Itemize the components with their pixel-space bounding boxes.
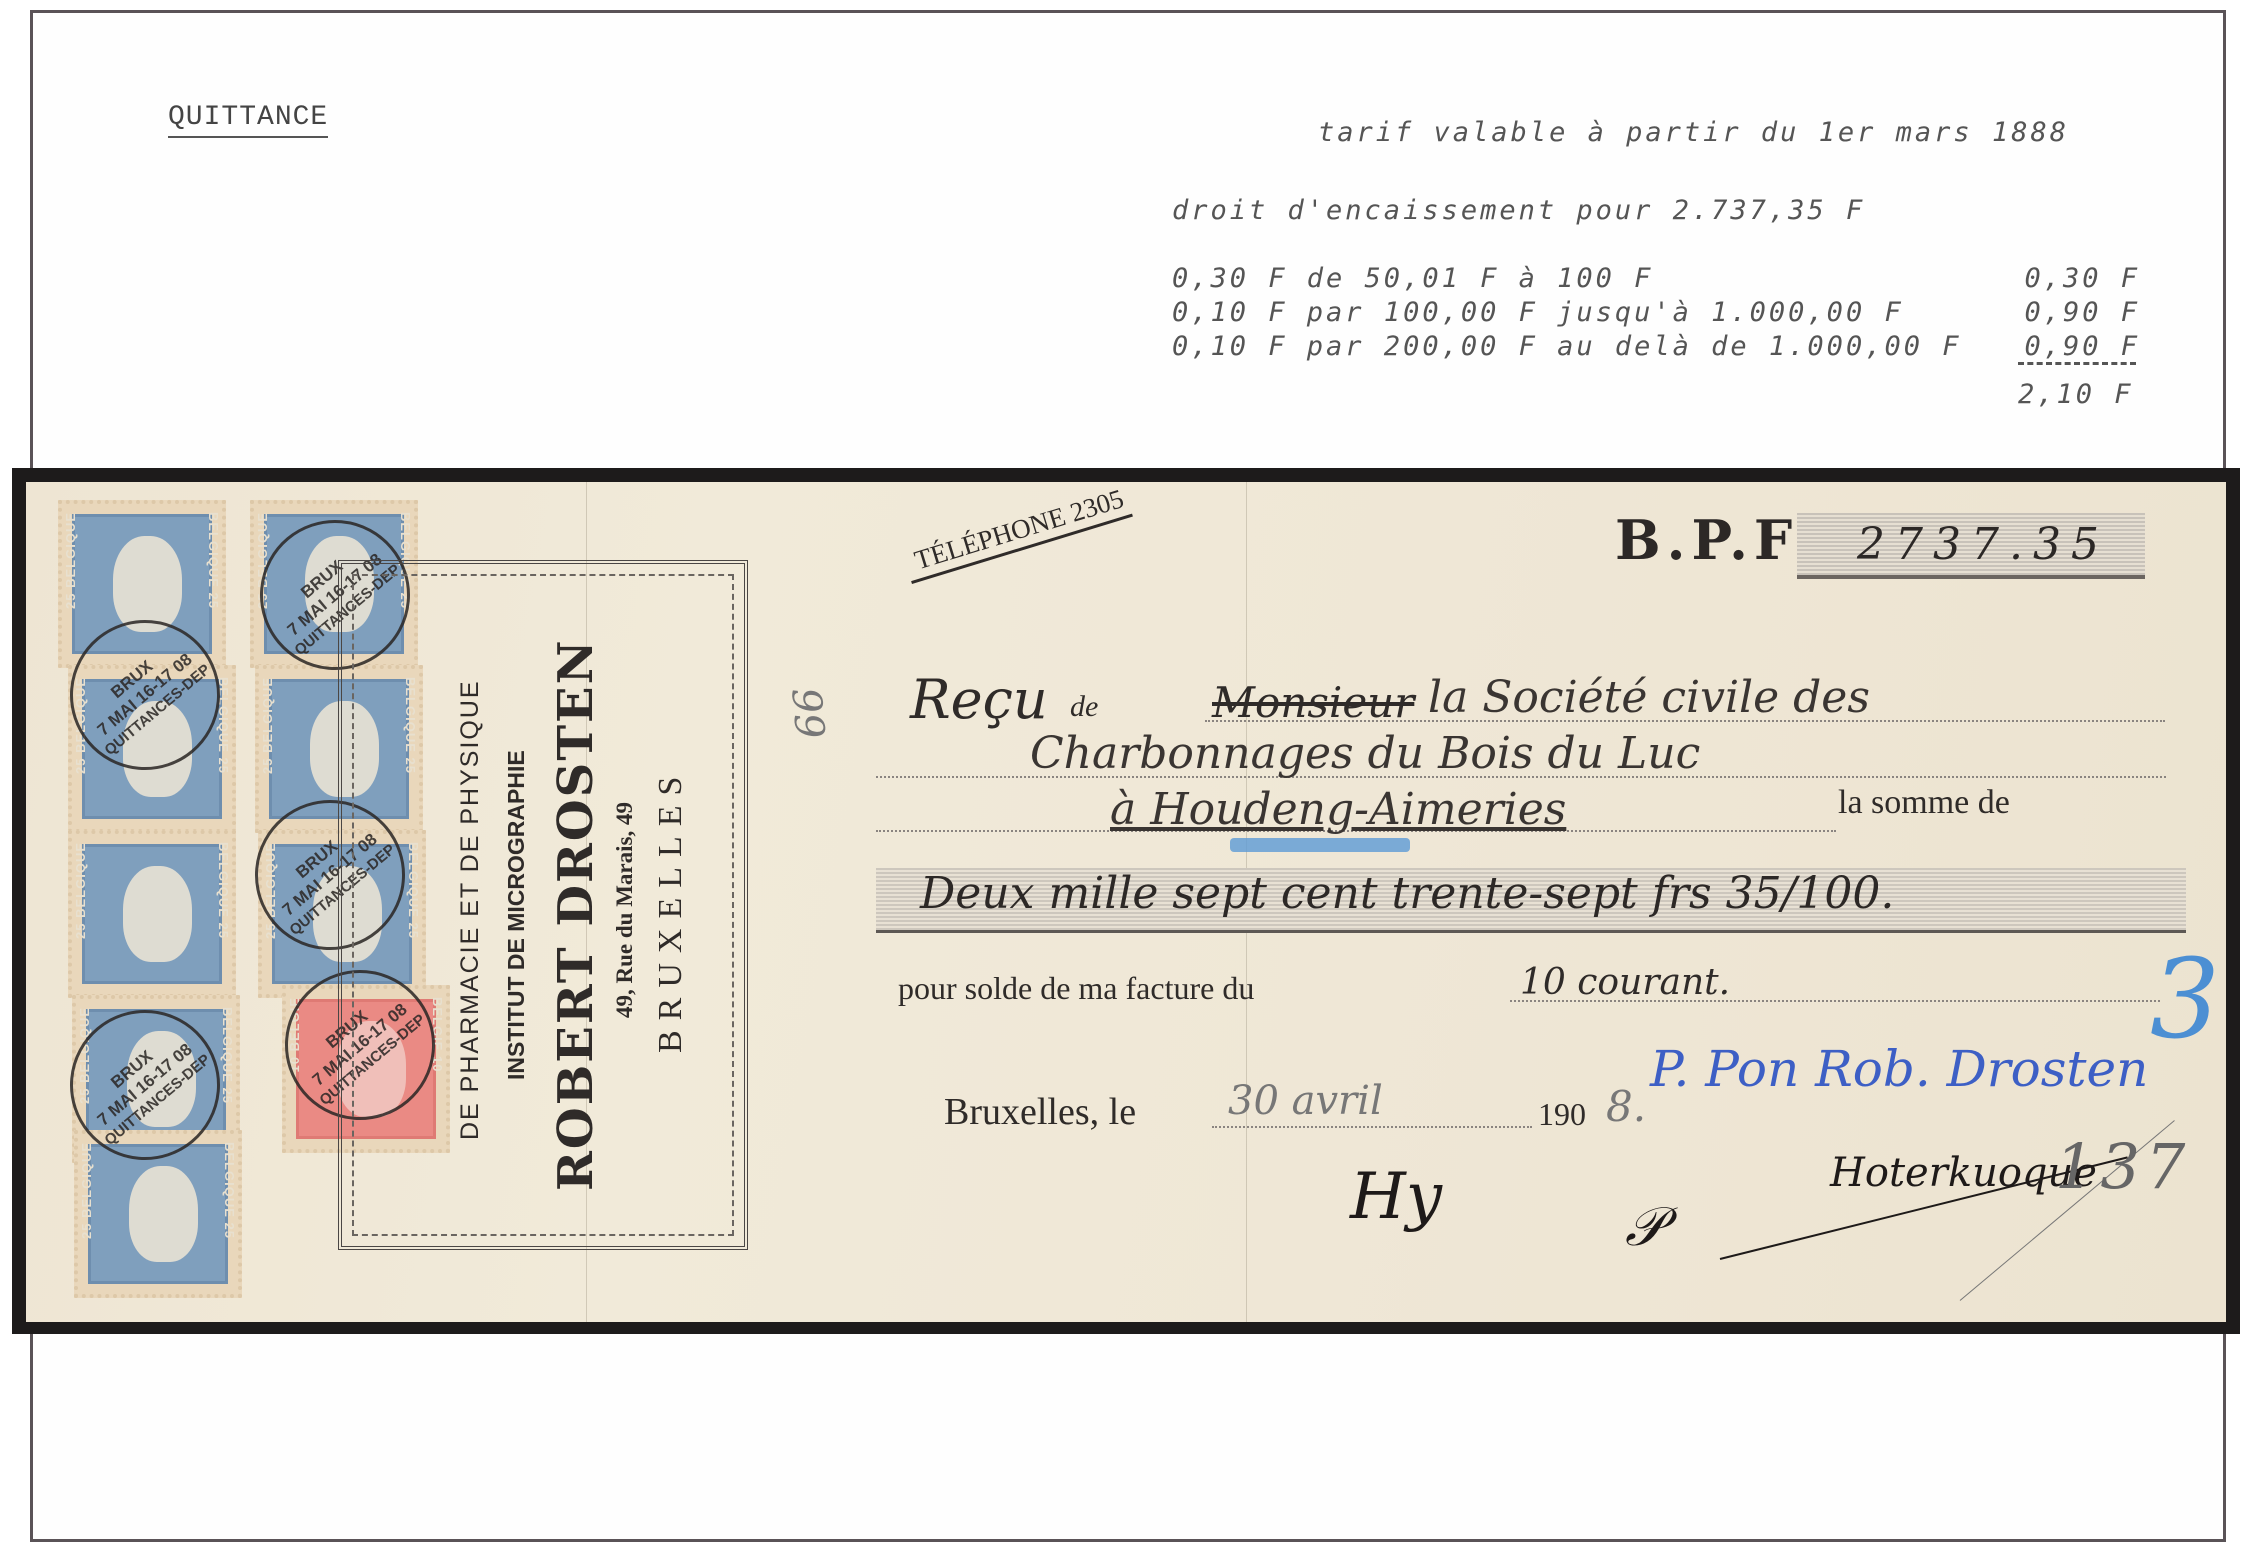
date-fill: 30 avril (1228, 1078, 1383, 1124)
calc-row: 0,10 F par 200,00 F au delà de 1.000,00 … (1172, 330, 2140, 364)
calc-amount: 0,30 F (2024, 262, 2140, 296)
stamp-label: BELGIQUE 25 (216, 842, 231, 939)
payer-line3: à Houdeng-Aimeries (1110, 784, 1566, 835)
amount-box: 2737.35 (1797, 513, 2145, 579)
stamp-label: BELGIQUE 25 (220, 1007, 235, 1104)
blue-pencil-mark: 3 (2150, 935, 2220, 1063)
stamp-design (88, 1144, 228, 1284)
recu-label: Reçu (910, 668, 1048, 731)
letterhead-city: BRUXELLES (652, 690, 690, 1130)
recu-de: de (1070, 690, 1098, 724)
sum-divider (2018, 362, 2136, 365)
tarif-note: tarif valable à partir du 1er mars 1888 (1318, 116, 2069, 150)
solde-label: pour solde de ma facture du (898, 970, 1254, 1007)
stamp-design (82, 844, 222, 984)
calc-amount: 0,90 F (2024, 296, 2140, 330)
king-portrait (123, 866, 193, 962)
stamp-label: BELGIQUE 25 (222, 1142, 237, 1239)
pencil-mark-corner: 137 (2055, 1130, 2191, 1203)
bpf-label: B.P.F. (1615, 508, 1818, 572)
calc-row: 0,30 F de 50,01 F à 100 F 0,30 F (1172, 262, 2140, 296)
letterhead-line1: DE PHARMACIE ET DE PHYSIQUE (456, 650, 485, 1170)
king-portrait (129, 1166, 199, 1262)
calc-description: 0,10 F par 200,00 F au delà de 1.000,00 … (1172, 330, 1961, 364)
pencil-mark-margin: 66 (785, 686, 835, 741)
calc-row: 0,10 F par 100,00 F jusqu'à 1.000,00 F 0… (1172, 296, 2140, 330)
calc-amount: 0,90 F (2024, 330, 2140, 364)
company-signature-stamp: P. Pon Rob. Drosten (1650, 1040, 2148, 1098)
year-suffix: 8. (1606, 1082, 1646, 1131)
droit-line: droit d'encaissement pour 2.737,35 F (1172, 194, 1865, 228)
place-label: Bruxelles, le (944, 1090, 1136, 1134)
amount-words: Deux mille sept cent trente-sept frs 35/… (920, 868, 1894, 919)
letterhead-address: 49, Rue du Marais, 49 (612, 700, 638, 1120)
dotted-line (1212, 1126, 1532, 1128)
amount-value: 2737.35 (1857, 519, 2109, 570)
year-prefix: 190 (1538, 1096, 1586, 1133)
solde-fill: 10 courant. (1520, 962, 1730, 1003)
signature-mark: 𝒫 (1625, 1195, 1664, 1259)
calc-total: 2,10 F (2018, 378, 2134, 412)
letterhead-line2: INSTITUT DE MICROGRAPHIE (503, 690, 530, 1140)
king-portrait (113, 536, 183, 632)
stamp-label: 25 BELGIQUE (79, 1142, 94, 1239)
stamp-label: BELGIQUE 25 (206, 512, 221, 609)
page-title: QUITTANCE (168, 102, 328, 138)
payer-line2: Charbonnages du Bois du Luc (1030, 728, 1700, 779)
letterhead-name: ROBERT DROSTEN (548, 630, 604, 1200)
signature-initials: Hy (1350, 1160, 1442, 1234)
blue-crayon-mark (1230, 838, 1410, 852)
payer-line1: la Société civile des (1428, 672, 1870, 723)
calc-description: 0,10 F par 100,00 F jusqu'à 1.000,00 F (1172, 296, 1904, 330)
postage-stamp-blue: 25 BELGIQUEBELGIQUE 25 (68, 830, 236, 998)
calc-description: 0,30 F de 50,01 F à 100 F (1172, 262, 1653, 296)
stamp-label: 25 BELGIQUE (260, 677, 275, 774)
stamp-label: 25 BELGIQUE (73, 842, 88, 939)
stamp-label: 25 BELGIQUE (63, 512, 78, 609)
somme-de-label: la somme de (1838, 784, 2010, 822)
